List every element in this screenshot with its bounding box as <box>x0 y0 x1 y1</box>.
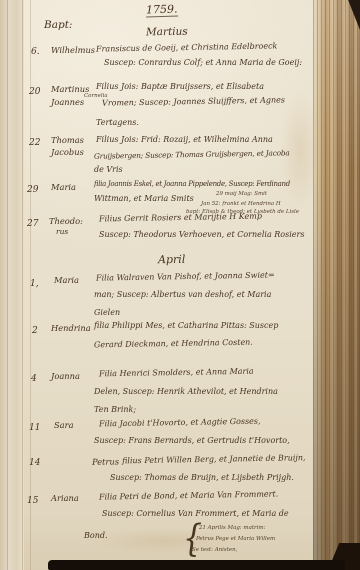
photo-bottom-shadow <box>48 560 345 570</box>
entry-date: 22 <box>29 139 40 148</box>
entry-date: 11 <box>29 424 40 433</box>
entry-margin-note: Se test: Anisten, <box>192 547 237 552</box>
entry-text-line: Fransiscus de Goeij, et Christina Edelbr… <box>96 42 278 53</box>
entry-name: Petrus <box>92 457 119 466</box>
register-photo: 1759. Bapt: Martius 6. Wilhelmus Fransis… <box>0 0 360 570</box>
entry-text-line: Tertagens. <box>96 119 139 127</box>
entry-text-line: Suscep: Frans Bernards, et Gertrudis t'H… <box>94 437 290 445</box>
binding-left-edge <box>0 0 24 570</box>
entry-name: Maria <box>54 276 79 284</box>
entry-name: Sara <box>54 421 74 429</box>
entry-margin-note: Petrus Pege et Maria Willem <box>196 536 275 541</box>
entry-text-line: Filia Petri de Bond, et Maria Van Fromme… <box>99 490 278 501</box>
entry-text-line: Gielen <box>94 309 120 317</box>
entry-margin-note: 29 maij Mag: Smit <box>216 191 267 196</box>
entry-text-line: Suscep: Conrardus Colf; et Anna Maria de… <box>104 59 302 67</box>
entry-date: 15 <box>27 497 38 506</box>
entry-margin-note: 21 Aprilis Mag: matrim: <box>199 525 265 530</box>
entry-text-line: Suscep: Thomas de Bruijn, et Lijsbeth Pr… <box>110 474 294 482</box>
entry-name: Joanna <box>51 372 80 380</box>
entry-text-line: man; Suscep: Albertus van deshof, et Mar… <box>94 291 271 299</box>
entry-name: Maria <box>51 183 76 191</box>
entry-text-line: filius Petri Willen Berg, et Jannetie de… <box>122 454 306 465</box>
entry-name-line2: rus <box>56 228 68 236</box>
entry-text-line: filia Philippi Mes, et Catharina Pittas:… <box>94 322 278 330</box>
entry-margin-note: Jan 52: frankt et Hendrina H <box>201 201 281 206</box>
entry-text-line: Wittman, et Maria Smits <box>94 195 194 203</box>
paper-crease <box>7 0 8 570</box>
entry-row: Petrus filius Petri Willen Berg, et Jann… <box>92 454 306 466</box>
entry-name-line2: Jacobus <box>51 148 84 156</box>
entry-text-line: Filius Jois: Baptæ Bruijssers, et Elisab… <box>96 83 264 91</box>
entry-text-line: Filia Henrici Smolders, et Anna Maria <box>99 368 254 379</box>
entry-text-line: Ten Brink; <box>94 406 136 414</box>
entry-name: Ariana <box>51 494 79 502</box>
paper-crease <box>22 0 23 570</box>
entry-date: 27 <box>27 220 38 229</box>
entry-name-line2: Joannes <box>51 98 84 106</box>
entry-text-line: Vromen; Suscep: Joannes Sluijffers, et A… <box>102 96 285 107</box>
entry-date: 14 <box>29 459 40 468</box>
entry-date: 2 <box>32 327 38 336</box>
entry-text-line: Filia Jacobi t'Hovorto, et Aagtie Gosses… <box>99 418 261 429</box>
entry-text-line: Bond. <box>84 532 108 540</box>
entry-text-line: Filius Jois: Frid: Rozaij, et Wilhelmina… <box>96 136 273 144</box>
entry-text-line: Gerard Dieckman, et Hendrina Costen. <box>94 339 253 350</box>
month-header-april: April <box>158 254 185 265</box>
entry-date: 1, <box>30 280 39 289</box>
entry-text-line: Suscep: Theodorus Verhoeven, et Cornelia… <box>99 231 304 239</box>
entry-date: 29 <box>27 186 38 195</box>
baptism-column-label: Bapt: <box>44 20 72 31</box>
entry-text-line: Filius Gerrit Rosiers et Marijtie H Kemp <box>99 213 262 224</box>
entry-text-line: Filia Walraven Van Pishof, et Joanna Swi… <box>96 271 275 282</box>
month-header-march: Martius <box>146 27 188 38</box>
entry-date: 4 <box>31 375 37 384</box>
entry-text-line: Delen, Suscep: Henrik Athevilot, et Hend… <box>94 388 278 396</box>
entry-date: 20 <box>29 88 40 97</box>
entry-name: Wilhelmus <box>51 46 95 54</box>
year-header: 1759. <box>146 4 178 18</box>
entry-text-line: de Vris <box>94 166 123 174</box>
entry-text-line: filia Joannis Eskel, et Joanna Pippelend… <box>94 181 290 188</box>
entry-date: 6. <box>31 48 40 57</box>
entry-name: Theodo: <box>49 217 83 225</box>
entry-text-line: Gruijsbergen; Suscep: Thomas Gruijsberge… <box>94 149 290 160</box>
entry-name: Hendrina <box>51 324 91 332</box>
entry-name: Thomas <box>51 136 84 144</box>
page-edge-stack <box>313 0 360 570</box>
